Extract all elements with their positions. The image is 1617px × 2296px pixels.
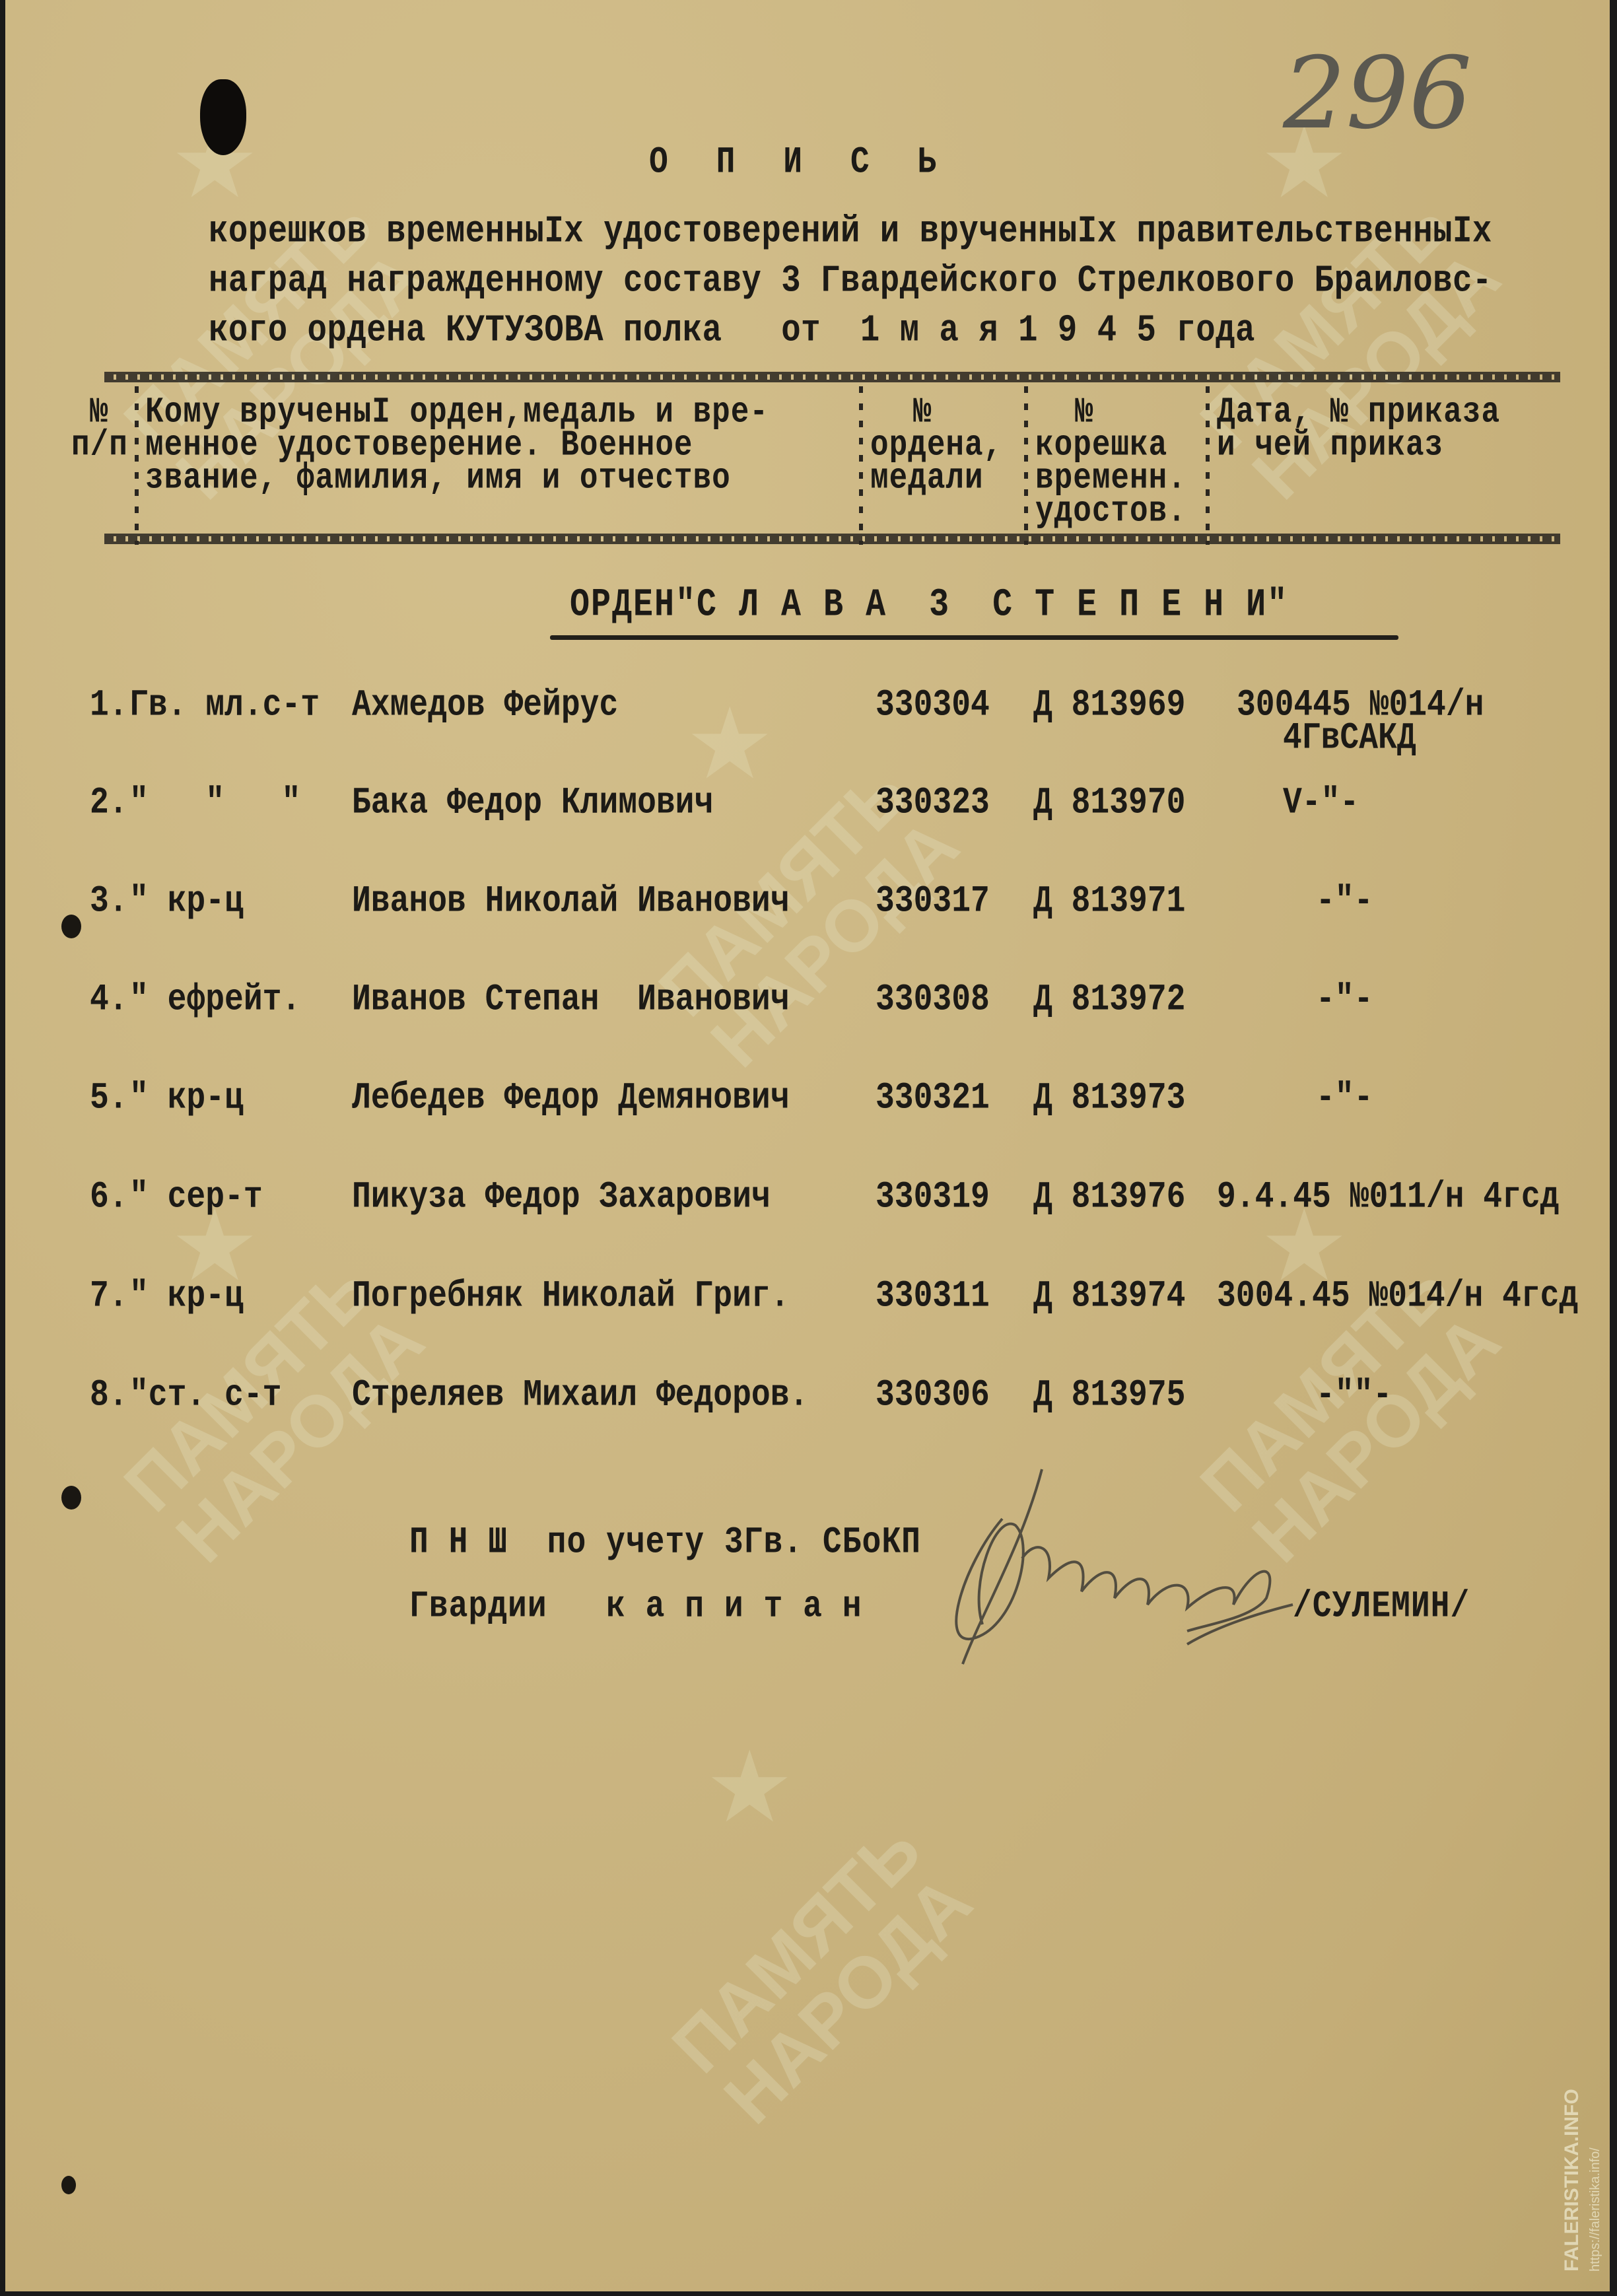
row-num: 1. [90,687,128,724]
row-order-ref: V-"- [1283,784,1359,822]
row-num: 8. [90,1377,128,1414]
column-divider [1206,386,1210,545]
intro-line-1: корешков временныIх удостоверений и вруч… [209,213,1492,251]
row-num: 6. [90,1179,128,1216]
row-num: 4. [90,981,128,1019]
row-name: Бака Федор Климович [352,784,713,822]
row-rank: " кр-ц [129,1278,244,1315]
row-order-no: 330306 [876,1377,990,1414]
row-order-no: 330311 [876,1278,990,1315]
intro-line-2: наград награжденному составу 3 Гвардейск… [209,262,1492,300]
intro-line-3: кого ордена КУТУЗОВА полка от 1 м а я 1 … [209,312,1255,350]
punch-hole [61,915,81,938]
header-bottom-rule [104,534,1560,544]
row-name: Лебедев Федор Демянович [352,1080,790,1117]
ink-blot [200,79,246,155]
header-num-2: п/п [71,427,128,463]
row-num: 3. [90,883,128,921]
row-name: Иванов Николай Иванович [352,883,790,921]
row-rank: " ефрейт. [129,981,300,1019]
column-divider [859,386,863,545]
row-order-ref: -"- [1316,1080,1373,1117]
document-title: О П И С Ь [649,144,951,182]
faleristika-side-watermark: FALERISTIKA.INFO https://faleristika.inf… [1565,2073,1604,2272]
punch-hole [61,2176,76,2194]
row-stub-no: Д 813970 [1033,784,1185,822]
row-order-ref: -"- [1316,883,1373,921]
row-order-no: 330304 [876,687,990,724]
row-order-no: 330319 [876,1179,990,1216]
punch-hole [61,1486,81,1510]
row-name: Пикуза Федор Захарович [352,1179,771,1216]
handwritten-page-number: 296 [1283,36,1472,151]
row-order-no: 330317 [876,883,990,921]
row-order-ref-2: 4ГвСАКД [1283,720,1416,757]
row-stub-no: Д 813974 [1033,1278,1185,1315]
section-title-underline [550,635,1398,640]
header-stub-num-4: удостов. [1035,493,1187,529]
row-stub-no: Д 813971 [1033,883,1185,921]
watermark-pamyat-naroda: ПАМЯТЬ НАРОДА [660,1812,985,2137]
row-rank: Гв. мл.с-т [129,687,320,724]
row-stub-no: Д 813976 [1033,1179,1185,1216]
row-rank: " кр-ц [129,883,244,921]
row-name: Стреляев Михаил Федоров. [352,1377,808,1414]
header-order-num-3: медали [870,460,984,496]
column-divider [1024,386,1028,545]
row-order-ref: 3004.45 №014/н 4гсд [1217,1278,1578,1315]
row-rank: "ст. с-т [129,1377,281,1414]
row-order-ref: 9.4.45 №011/н 4гсд [1217,1179,1559,1216]
row-order-ref: -""- [1316,1377,1392,1414]
archival-document-page: ★ ПАМЯТЬ НАРОДА ★ ПАМЯТЬ НАРОДА ★ ПАМЯТЬ… [5,0,1610,2291]
row-order-no: 330321 [876,1080,990,1117]
section-title: ОРДЕН"С Л А В А 3 С Т Е П Е Н И" [570,586,1288,625]
header-recipient-3: звание, фамилия, имя и отчество [145,460,731,496]
row-order-no: 330323 [876,784,990,822]
row-rank: " кр-ц [129,1080,244,1117]
row-rank: " " " [129,784,300,822]
header-top-rule [104,372,1560,382]
side-watermark-brand: FALERISTIKA.INFO [1561,2089,1583,2272]
header-date-2: и чей приказ [1217,427,1443,463]
row-num: 7. [90,1278,128,1315]
row-name: Иванов Степан Иванович [352,981,790,1019]
row-stub-no: Д 813972 [1033,981,1185,1019]
row-name: Погребняк Николай Григ. [352,1278,790,1315]
column-divider [135,386,139,545]
signatory-rank: Гвардии к а п и т а н [409,1588,862,1626]
row-name: Ахмедов Фейрус [352,687,618,724]
row-order-no: 330308 [876,981,990,1019]
signatory-name: /СУЛЕМИН/ [1293,1588,1470,1626]
side-watermark-url: https://faleristika.info/ [1588,2147,1603,2272]
row-num: 5. [90,1080,128,1117]
row-order-ref: -"- [1316,981,1373,1019]
row-stub-no: Д 813973 [1033,1080,1185,1117]
star-watermark-icon: ★ [705,1730,794,1845]
row-stub-no: Д 813975 [1033,1377,1185,1414]
row-stub-no: Д 813969 [1033,687,1185,724]
signatory-position: П Н Ш по учету 3Гв. СБоКП [409,1524,921,1562]
row-num: 2. [90,784,128,822]
handwritten-signature [923,1466,1359,1677]
row-rank: " сер-т [129,1179,263,1216]
